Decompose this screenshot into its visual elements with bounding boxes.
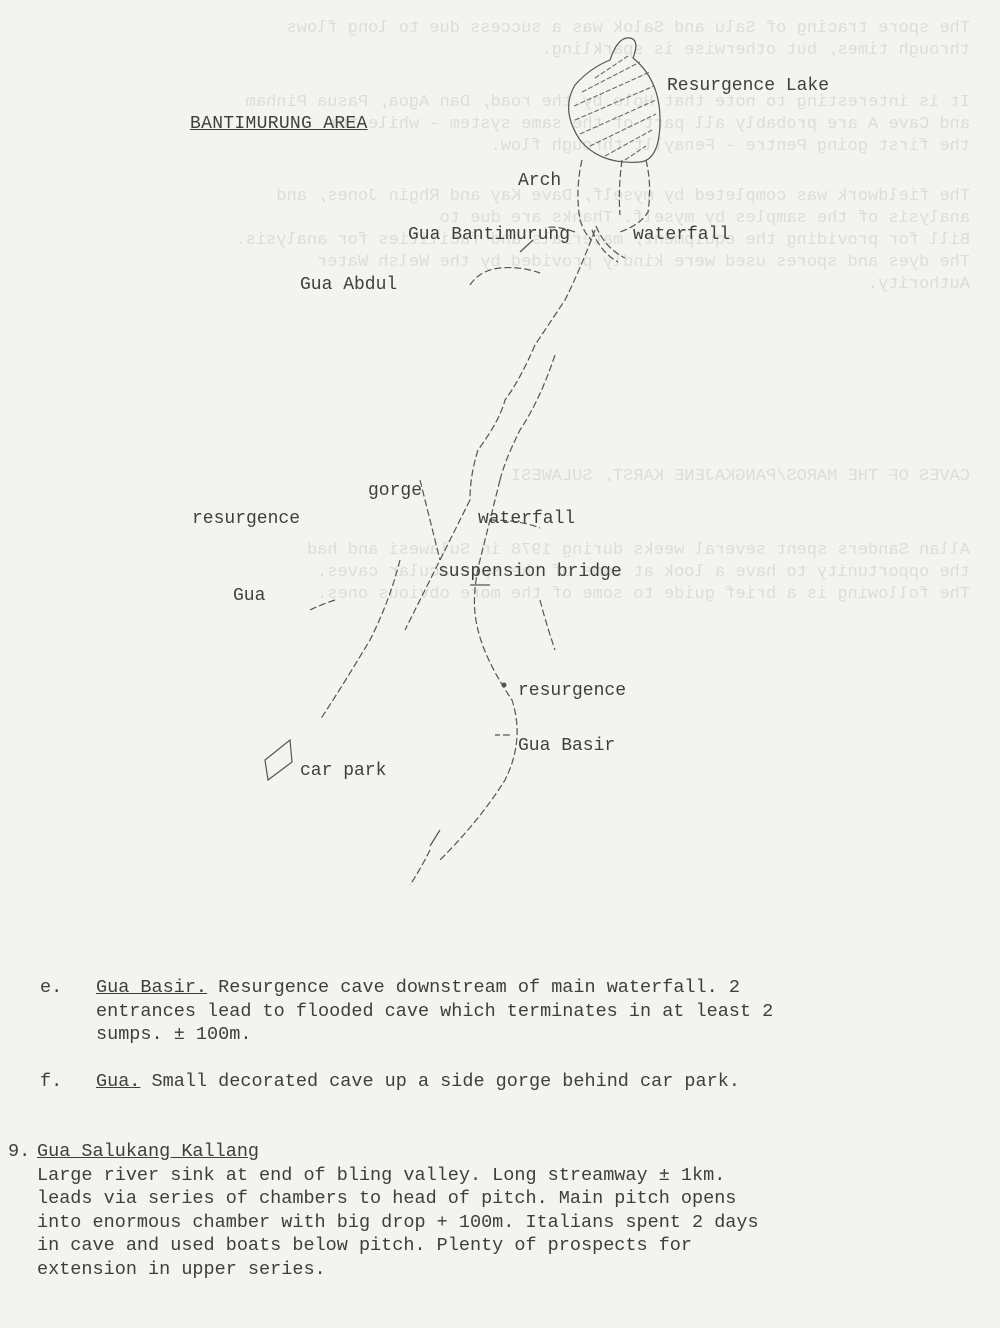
- label-suspension-bridge: suspension bridge: [438, 562, 622, 582]
- section-line: Large river sink at end of bling valley.…: [8, 1164, 759, 1188]
- entry-line: entrances lead to flooded cave which ter…: [40, 1000, 773, 1024]
- label-gua-bantimurung: Gua Bantimurung: [408, 225, 570, 245]
- entry-name: Gua Basir.: [96, 977, 207, 998]
- label-waterfall-upper: waterfall: [633, 225, 730, 245]
- entry-text: Resurgence cave downstream of main water…: [218, 977, 740, 998]
- entry-line: e.Gua Basir. Resurgence cave downstream …: [40, 976, 773, 1000]
- entry-gua-basir: e.Gua Basir. Resurgence cave downstream …: [40, 976, 773, 1047]
- section-line: in cave and used boats below pitch. Plen…: [8, 1234, 759, 1258]
- section-line: leads via series of chambers to head of …: [8, 1187, 759, 1211]
- label-car-park: car park: [300, 761, 386, 781]
- label-resurgence-lake: Resurgence Lake: [667, 76, 829, 96]
- document-page: The spore tracing of Salu and Salok was …: [0, 0, 1000, 1328]
- label-gorge: gorge: [368, 481, 422, 501]
- label-gua: Gua: [233, 586, 265, 606]
- map-title: BANTIMURUNG AREA: [190, 114, 368, 134]
- section-gua-salukang-kallang: 9.Gua Salukang Kallang Large river sink …: [8, 1140, 759, 1281]
- entry-gua: f.Gua. Small decorated cave up a side go…: [40, 1070, 740, 1094]
- label-gua-abdul: Gua Abdul: [300, 275, 397, 295]
- label-waterfall-lower: waterfall: [478, 509, 575, 529]
- entry-letter: e.: [40, 976, 96, 1000]
- resurgence-lake-outline: [569, 38, 660, 162]
- entry-text: Small decorated cave up a side gorge beh…: [152, 1071, 740, 1092]
- label-resurgence-right: resurgence: [518, 681, 626, 701]
- label-arch: Arch: [518, 171, 561, 191]
- label-resurgence-left: resurgence: [192, 509, 300, 529]
- entry-line: f.Gua. Small decorated cave up a side go…: [40, 1070, 740, 1094]
- section-heading: Gua Salukang Kallang: [37, 1141, 259, 1162]
- map-drawing: [0, 0, 1000, 960]
- section-heading-line: 9.Gua Salukang Kallang: [8, 1140, 759, 1164]
- section-line: extension in upper series.: [8, 1258, 759, 1282]
- section-number: 9.: [8, 1140, 37, 1164]
- label-gua-basir: Gua Basir: [518, 736, 615, 756]
- section-line: into enormous chamber with big drop + 10…: [8, 1211, 759, 1235]
- entry-letter: f.: [40, 1070, 96, 1094]
- entry-name: Gua.: [96, 1071, 140, 1092]
- entry-line: sumps. ± 100m.: [40, 1023, 773, 1047]
